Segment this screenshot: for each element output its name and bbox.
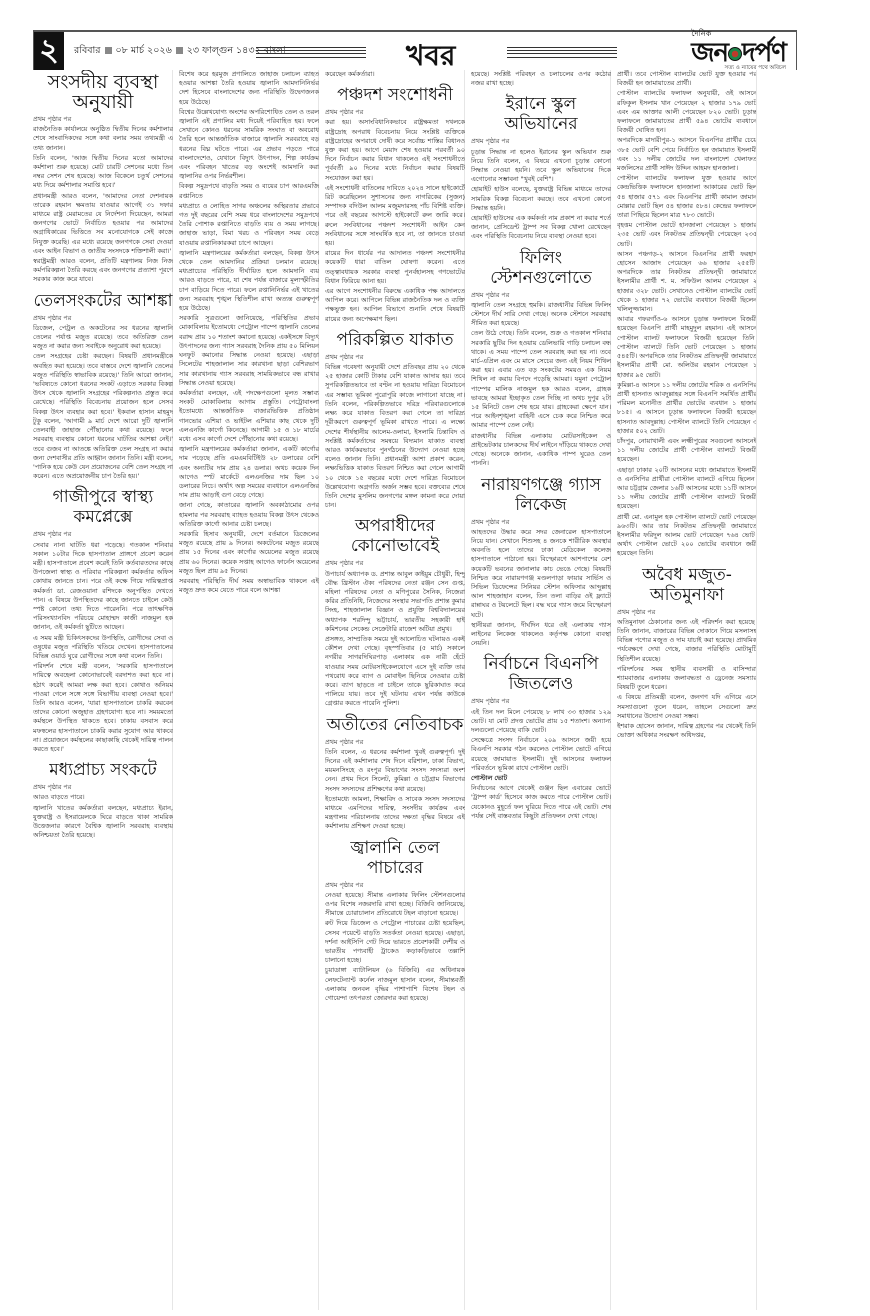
headline: ইরানে স্কুল অভিযানের [471,94,611,134]
square-separator-icon [105,47,112,54]
column-4: হয়েছে। সংশ্লিষ্ট পরিবহন ও চলাচলের ওপর ক… [471,70,611,1270]
headline: নারায়ণগঞ্জে গ্যাস লিকেজ [471,475,611,515]
headline: মধ্যপ্রাচ্য সংকটে [33,760,173,780]
dateline: রবিবার০৮ মার্চ ২০২৬২৩ ফাল্গুন ১৪৩২ বাংলা [74,44,286,59]
page-number: ২ [34,32,64,70]
column-5: প্রার্থী। তবে পোস্টাল ব্যালটের ভোট যুক্ত… [617,70,757,1270]
headline: সংসদীয় ব্যবস্থা অনুযায়ী [33,72,173,112]
decorative-rules-left [256,47,366,58]
headline: অবৈধ মজুত-অতিমুনাফা [617,565,757,605]
masthead: ২ রবিবার০৮ মার্চ ২০২৬২৩ ফাল্গুন ১৪৩২ বাং… [33,30,797,70]
headline: অতীতের নেতিবাচক [325,715,465,735]
column-1: সংসদীয় ব্যবস্থা অনুযায়ী প্রথম পৃষ্ঠার … [33,70,173,1310]
headline: অপরাধীদের কোনোভাবেই [325,516,465,556]
brand-logo: দৈনিক জনদর্পণ সত্য ও ন্যায়ের পথে অবিচল [691,28,786,73]
headline: পরিকল্পিত যাকাত [325,330,465,350]
headline: নির্বাচনে বিএনপি জিতলেও [471,654,611,694]
headline: জ্বালানি তেল পাচারের [325,838,465,878]
headline: ফিলিং স্টেশনগুলোতে [471,248,611,288]
day: রবিবার [74,45,101,56]
brand-name: জনদর্পণ [691,41,786,65]
column-2: বিশেষ করে হরমুজ প্রণালিতে জাহাজ চলাচল ব্… [179,70,319,1250]
headline: গাজীপুরে স্বাস্থ্য কমপ্লেক্সে [33,487,173,527]
headline: পঞ্চদশ সংশোধনী [325,85,465,105]
square-separator-icon [176,47,183,54]
bangladesh-map-icon [728,47,742,61]
column-3: করেছেন কর্মকর্তারা। পঞ্চদশ সংশোধনী প্রথম… [325,70,465,1270]
decorative-rules-right [507,47,617,58]
headline: তেলসংকটের আশঙ্কা [33,291,173,311]
date-english: ০৮ মার্চ ২০২৬ [116,45,172,56]
column-divider [756,70,757,1310]
